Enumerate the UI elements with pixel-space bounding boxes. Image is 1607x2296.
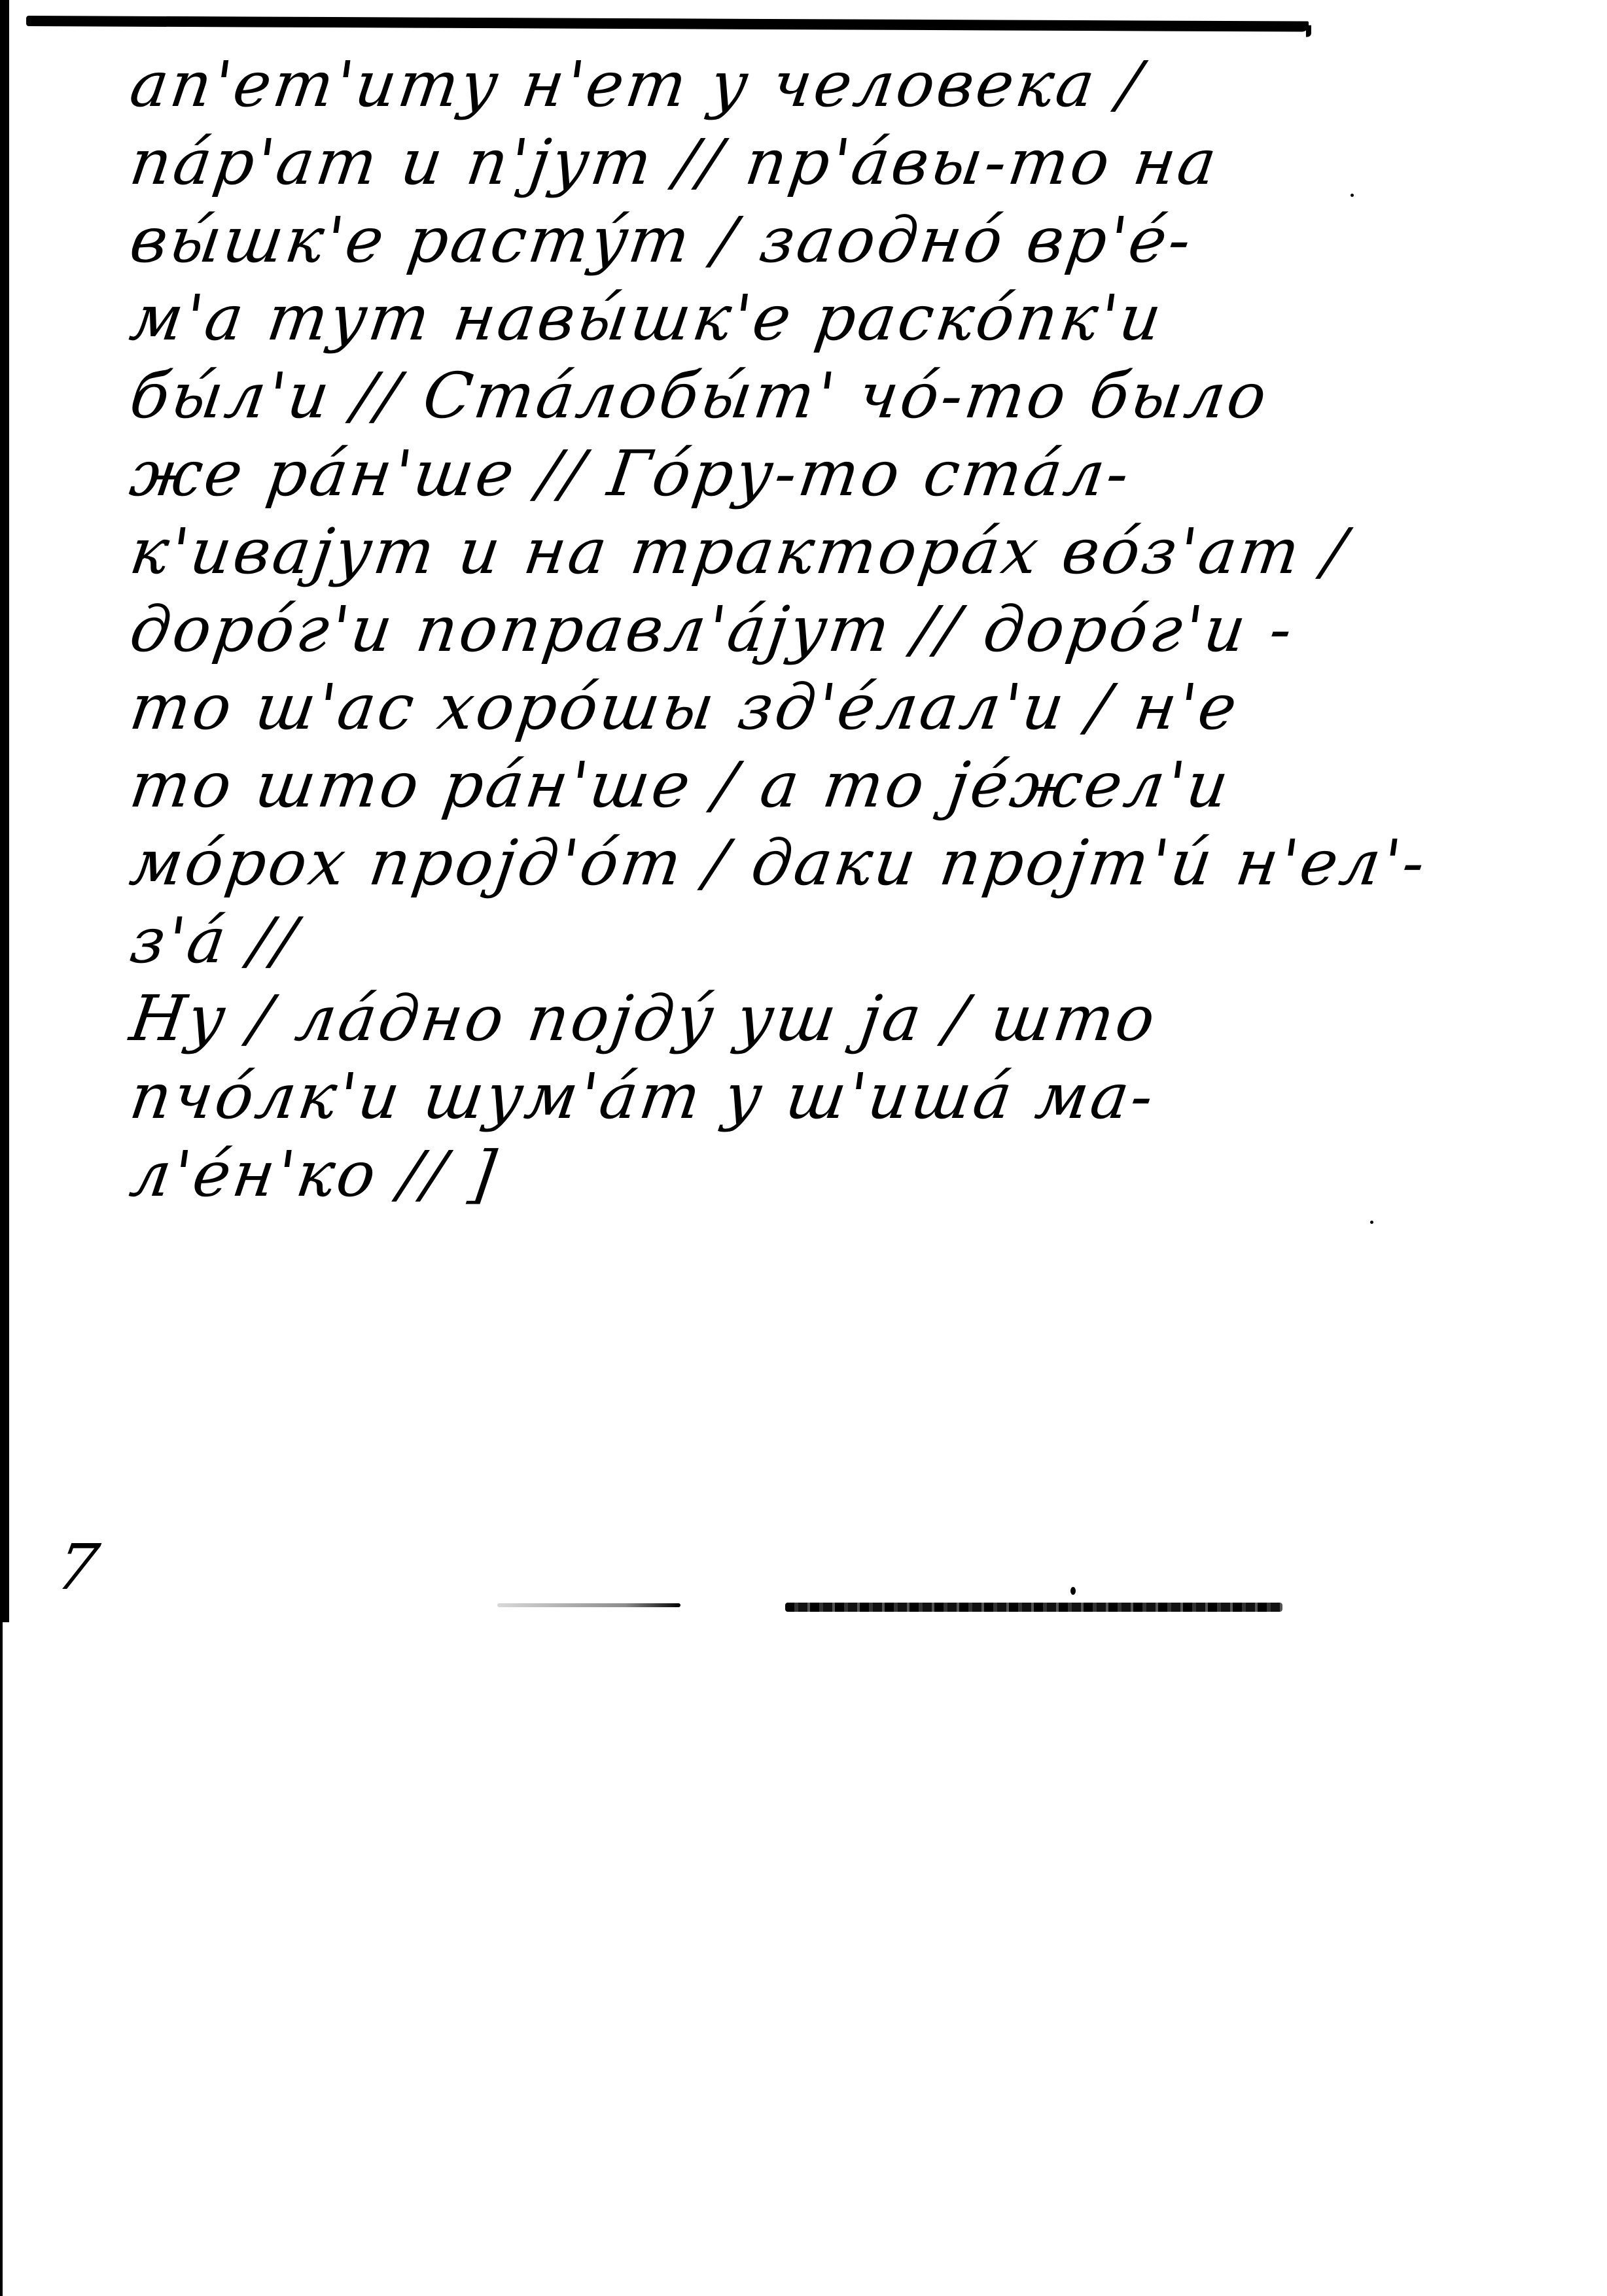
text-line: дорóг'и поправл'ájут // дорóг'и - [126, 591, 1328, 669]
text-line: ап'ет'иту н'ет у человека / [126, 46, 1328, 124]
scanned-page: ап'ет'иту н'ет у человека / пáр'ат и п'j… [0, 0, 1607, 2296]
text-line: мóрох проjд'óт / даки проjт'и́ н'ел'- [126, 824, 1328, 902]
text-line: бы́л'и // Стáлобы́т' чó-то было [126, 357, 1328, 435]
page-number: 7 [51, 1531, 104, 1604]
ink-speck [1070, 1587, 1076, 1595]
separator-line-long [785, 1603, 1282, 1612]
scan-left-edge [0, 0, 9, 1622]
text-line: Ну / лáдно поjдý уш jа / што [126, 980, 1328, 1058]
scan-left-edge-lower [0, 1622, 3, 2296]
text-line: л'éн'ко // ] [126, 1136, 1328, 1213]
text-line: м'а тут навы́шк'е раскóпк'и [126, 279, 1328, 357]
handwritten-text-block: ап'ет'иту н'ет у человека / пáр'ат и п'j… [131, 46, 1322, 1213]
ink-speck [1370, 1221, 1373, 1224]
ink-speck [1351, 194, 1354, 197]
top-rule-line [26, 16, 1309, 32]
text-line: же рáн'ше // Гóру-то стáл- [126, 435, 1328, 513]
text-line: то што рáн'ше / а то jéжел'и [126, 746, 1328, 824]
separator-line-short [497, 1603, 680, 1607]
text-line: к'иваjут и на тракторáх вóз'ат / [126, 513, 1328, 591]
text-line: з'á // [126, 902, 1328, 980]
text-line: то ш'ас хорóшы зд'éлал'и / н'е [126, 669, 1328, 746]
text-line: пчóлк'и шум'áт у ш'ишá ма- [126, 1058, 1328, 1136]
text-line: пáр'ат и п'jут // пр'áвы-то на [126, 124, 1328, 201]
text-line: вы́шк'е растýт / заодно́ вр'é- [126, 201, 1328, 279]
